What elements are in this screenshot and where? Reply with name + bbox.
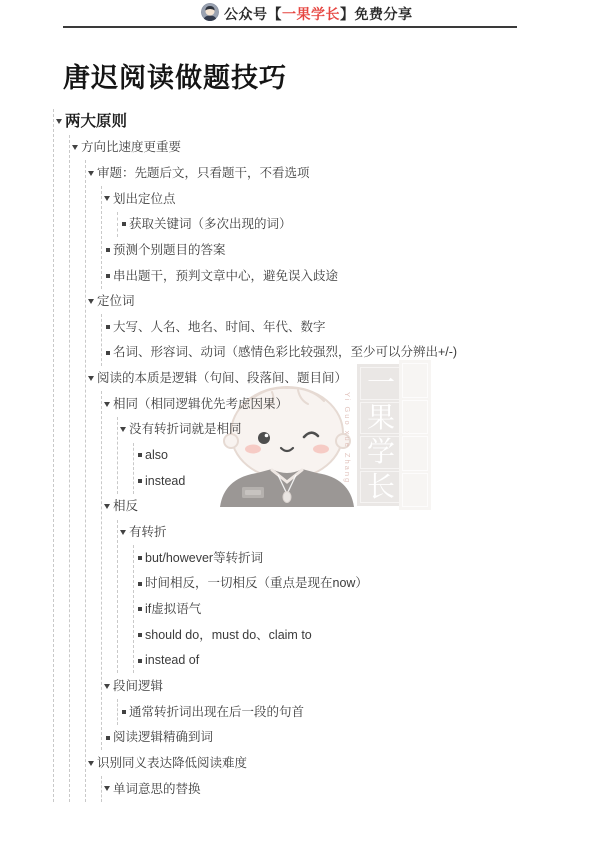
bullet-square-icon (104, 274, 113, 278)
outline-node: 大写、人名、地名、时间、年代、数字 (104, 314, 457, 340)
account-avatar-icon (201, 3, 219, 21)
outline-root-list: 两大原则方向比速度更重要审题：先题后文，只看题干，不看选项划出定位点获取关键词（… (53, 109, 457, 802)
outline-row: 串出题干，预判文章中心，避免误入歧途 (104, 263, 457, 289)
collapse-triangle-icon[interactable] (120, 427, 129, 432)
collapse-triangle-icon[interactable] (104, 684, 113, 689)
outline-node: 相同（相同逻辑优先考虑因果）没有转折词就是相同alsoinstead (104, 391, 457, 494)
bullet-square-icon (104, 325, 113, 329)
outline-node: 预测个别题目的答案 (104, 237, 457, 263)
outline-row: 预测个别题目的答案 (104, 237, 457, 263)
outline-label: 获取关键词（多次出现的词） (129, 218, 292, 231)
header-banner-text: 公众号【一果学长】免费分享 (224, 4, 413, 24)
outline-node: if虚拟语气 (136, 596, 457, 622)
outline-label: 时间相反，一切相反（重点是现在now） (145, 577, 368, 590)
outline-row: 划出定位点 (104, 186, 457, 212)
collapse-triangle-icon[interactable] (72, 145, 81, 150)
outline-children-list: 获取关键词（多次出现的词） (117, 212, 457, 238)
outline-label: but/however等转折词 (145, 552, 263, 565)
outline-row: 相反 (104, 494, 457, 520)
outline-node: 段间逻辑通常转折词出现在后一段的句首 (104, 673, 457, 724)
collapse-triangle-icon[interactable] (120, 530, 129, 535)
outline-row: 单词意思的替换 (104, 776, 457, 802)
outline-label: 有转折 (129, 526, 167, 539)
bullet-square-icon (136, 582, 145, 586)
outline-label: should do，must do、claim to (145, 629, 312, 642)
outline-node: 阅读逻辑精确到词 (104, 725, 457, 751)
outline-node: 串出题干，预判文章中心，避免误入歧途 (104, 263, 457, 289)
outline-label: 段间逻辑 (113, 680, 163, 693)
header-prefix: 公众号【 (224, 6, 282, 22)
outline-children-list: 通常转折词出现在后一段的句首 (117, 699, 457, 725)
outline-children-list: but/however等转折词时间相反，一切相反（重点是现在now）if虚拟语气… (133, 545, 457, 673)
collapse-triangle-icon[interactable] (88, 171, 97, 176)
bullet-square-icon (136, 633, 145, 637)
outline-row: 方向比速度更重要 (72, 135, 457, 161)
page-header: 公众号【一果学长】免费分享 (0, 0, 596, 26)
outline-node: instead of (136, 648, 457, 674)
collapse-triangle-icon[interactable] (56, 119, 65, 124)
outline-label: 阅读的本质是逻辑（句间、段落间、题目间） (97, 372, 347, 385)
outline-node: should do，must do、claim to (136, 622, 457, 648)
outline-node: 单词意思的替换 (104, 776, 457, 802)
outline-node: 阅读的本质是逻辑（句间、段落间、题目间）相同（相同逻辑优先考虑因果）没有转折词就… (88, 366, 457, 751)
outline-row: also (136, 443, 457, 469)
outline-label: instead (145, 475, 185, 488)
outline-label: 串出题干，预判文章中心，避免误入歧途 (113, 270, 338, 283)
outline-node: 时间相反，一切相反（重点是现在now） (136, 571, 457, 597)
outline-row: 定位词 (88, 289, 457, 315)
outline-row: 名词、形容词、动词（感情色彩比较强烈，至少可以分辨出+/-) (104, 340, 457, 366)
outline-node: 名词、形容词、动词（感情色彩比较强烈，至少可以分辨出+/-) (104, 340, 457, 366)
outline-row: 没有转折词就是相同 (120, 417, 457, 443)
outline-children-list: 相同（相同逻辑优先考虑因果）没有转折词就是相同alsoinstead相反有转折b… (101, 391, 457, 750)
outline-label: 阅读逻辑精确到词 (113, 731, 213, 744)
outline-label: also (145, 449, 168, 462)
bullet-square-icon (136, 607, 145, 611)
collapse-triangle-icon[interactable] (104, 786, 113, 791)
bullet-square-icon (136, 479, 145, 483)
outline-label: 没有转折词就是相同 (129, 423, 242, 436)
outline-row: if虚拟语气 (136, 596, 457, 622)
bullet-square-icon (120, 710, 129, 714)
outline-node: 识别同义表达降低阅读难度单词意思的替换 (88, 750, 457, 801)
header-suffix: 】免费分享 (340, 6, 413, 22)
account-name: 一果学长 (282, 6, 340, 22)
outline-label: 通常转折词出现在后一段的句首 (129, 706, 304, 719)
page-title: 唐迟阅读做题技巧 (63, 56, 287, 95)
outline-row: 两大原则 (56, 109, 457, 135)
outline-label: 方向比速度更重要 (81, 141, 181, 154)
outline-label: 定位词 (97, 295, 135, 308)
bullet-square-icon (136, 556, 145, 560)
collapse-triangle-icon[interactable] (88, 761, 97, 766)
header-divider (63, 26, 517, 28)
outline-label: 识别同义表达降低阅读难度 (97, 757, 247, 770)
outline-label: 大写、人名、地名、时间、年代、数字 (113, 321, 326, 334)
collapse-triangle-icon[interactable] (88, 376, 97, 381)
outline-node: 没有转折词就是相同alsoinstead (120, 417, 457, 494)
outline-node: 划出定位点获取关键词（多次出现的词） (104, 186, 457, 237)
collapse-triangle-icon[interactable] (104, 196, 113, 201)
outline-row: 阅读的本质是逻辑（句间、段落间、题目间） (88, 366, 457, 392)
outline-node: also (136, 443, 457, 469)
outline-children-list: 没有转折词就是相同alsoinstead (117, 417, 457, 494)
bullet-square-icon (104, 351, 113, 355)
outline-row: instead of (136, 648, 457, 674)
outline-children-list: 单词意思的替换 (101, 776, 457, 802)
outline-label: 单词意思的替换 (113, 783, 201, 796)
outline-children-list: 有转折but/however等转折词时间相反，一切相反（重点是现在now）if虚… (117, 520, 457, 674)
outline-node: 定位词大写、人名、地名、时间、年代、数字名词、形容词、动词（感情色彩比较强烈，至… (88, 289, 457, 366)
outline-children-list: 审题：先题后文，只看题干，不看选项划出定位点获取关键词（多次出现的词）预测个别题… (85, 160, 457, 801)
outline-node: 获取关键词（多次出现的词） (120, 212, 457, 238)
outline-node: 方向比速度更重要审题：先题后文，只看题干，不看选项划出定位点获取关键词（多次出现… (72, 135, 457, 802)
outline-children-list: alsoinstead (133, 443, 457, 494)
outline-row: 阅读逻辑精确到词 (104, 725, 457, 751)
outline-label: 划出定位点 (113, 193, 176, 206)
outline-row: should do，must do、claim to (136, 622, 457, 648)
outline-label: 审题：先题后文，只看题干，不看选项 (97, 167, 310, 180)
bullet-square-icon (136, 659, 145, 663)
collapse-triangle-icon[interactable] (104, 504, 113, 509)
outline-node: 相反有转折but/however等转折词时间相反，一切相反（重点是现在now）i… (104, 494, 457, 674)
outline-row: 获取关键词（多次出现的词） (120, 212, 457, 238)
outline-row: 审题：先题后文，只看题干，不看选项 (88, 160, 457, 186)
outline-row: 时间相反，一切相反（重点是现在now） (136, 571, 457, 597)
bullet-square-icon (104, 736, 113, 740)
outline-tree: 两大原则方向比速度更重要审题：先题后文，只看题干，不看选项划出定位点获取关键词（… (53, 109, 457, 802)
outline-row: instead (136, 468, 457, 494)
collapse-triangle-icon[interactable] (88, 299, 97, 304)
outline-children-list: 方向比速度更重要审题：先题后文，只看题干，不看选项划出定位点获取关键词（多次出现… (69, 135, 457, 802)
outline-node: 通常转折词出现在后一段的句首 (120, 699, 457, 725)
outline-row: 大写、人名、地名、时间、年代、数字 (104, 314, 457, 340)
outline-label: 相同（相同逻辑优先考虑因果） (113, 398, 288, 411)
outline-label: instead of (145, 654, 199, 667)
bullet-square-icon (104, 248, 113, 252)
outline-row: but/however等转折词 (136, 545, 457, 571)
outline-node: but/however等转折词 (136, 545, 457, 571)
outline-node: 两大原则方向比速度更重要审题：先题后文，只看题干，不看选项划出定位点获取关键词（… (56, 109, 457, 802)
outline-children-list: 大写、人名、地名、时间、年代、数字名词、形容词、动词（感情色彩比较强烈，至少可以… (101, 314, 457, 365)
outline-children-list: 划出定位点获取关键词（多次出现的词）预测个别题目的答案串出题干，预判文章中心，避… (101, 186, 457, 289)
outline-row: 段间逻辑 (104, 673, 457, 699)
bullet-square-icon (120, 222, 129, 226)
bullet-square-icon (136, 453, 145, 457)
outline-label: if虚拟语气 (145, 603, 201, 616)
outline-row: 通常转折词出现在后一段的句首 (120, 699, 457, 725)
outline-row: 相同（相同逻辑优先考虑因果） (104, 391, 457, 417)
collapse-triangle-icon[interactable] (104, 402, 113, 407)
outline-node: instead (136, 468, 457, 494)
outline-row: 有转折 (120, 520, 457, 546)
outline-label: 相反 (113, 500, 138, 513)
outline-node: 有转折but/however等转折词时间相反，一切相反（重点是现在now）if虚… (120, 520, 457, 674)
outline-label: 名词、形容词、动词（感情色彩比较强烈，至少可以分辨出+/-) (113, 346, 457, 359)
outline-node: 审题：先题后文，只看题干，不看选项划出定位点获取关键词（多次出现的词）预测个别题… (88, 160, 457, 288)
outline-row: 识别同义表达降低阅读难度 (88, 750, 457, 776)
outline-label: 两大原则 (65, 114, 127, 130)
outline-label: 预测个别题目的答案 (113, 244, 226, 257)
